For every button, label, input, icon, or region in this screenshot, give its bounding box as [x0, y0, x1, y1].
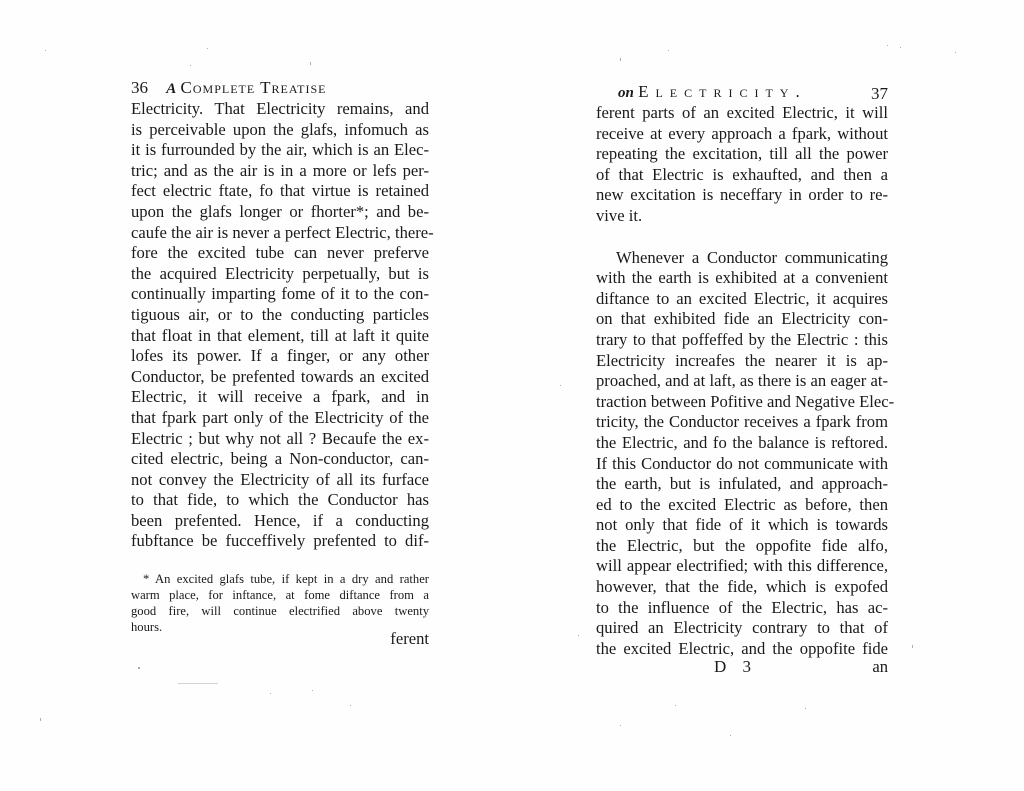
text-line: Conductor, be prefented towards an excit… — [131, 367, 429, 388]
scan-speck — [620, 725, 621, 726]
scan-speck — [178, 683, 218, 684]
text-line: Electric, it will receive a fpark, and i… — [131, 387, 429, 408]
catchword: an — [872, 657, 888, 677]
scan-speck — [887, 45, 888, 46]
left-page: 36 A Complete Treatise Electricity. That… — [131, 0, 429, 791]
text-line: Electricity. That Electricity remains, a… — [131, 99, 429, 120]
text-line: fore the excited tube can never preferve — [131, 243, 429, 264]
text-line: fubftance be fucceffively prefented to d… — [131, 531, 429, 552]
scan-speck — [350, 705, 351, 706]
text-line: the earth, but is infulated, and approac… — [596, 474, 888, 495]
footnote-line: warm place, for inftance, at fome diftan… — [131, 587, 429, 603]
scan-speck — [45, 50, 46, 51]
scan-speck — [668, 50, 669, 51]
text-line: repeating the excitation, till all the p… — [596, 144, 888, 165]
scan-speck — [675, 705, 676, 706]
footnote-line: good fire, will continue electrified abo… — [131, 603, 429, 619]
text-line: traction between Pofitive and Negative E… — [596, 392, 888, 413]
text-line: the acquired Electricity perpetually, bu… — [131, 264, 429, 285]
text-line: lofes its power. If a finger, or any oth… — [131, 346, 429, 367]
text-line: proached, and at laft, as there is an ea… — [596, 371, 888, 392]
text-line: ferent parts of an excited Electric, it … — [596, 103, 888, 124]
text-line: Whenever a Conductor communicating — [596, 248, 888, 269]
right-page: on Electricity. 37 ferent parts of an ex… — [596, 0, 888, 791]
scan-speck — [730, 735, 731, 736]
text-line: receive at every approach a fpark, witho… — [596, 124, 888, 145]
text-line: diftance to an excited Electric, it acqu… — [596, 289, 888, 310]
paragraph: Whenever a Conductor communicating with … — [596, 248, 888, 660]
text-line: continually imparting fome of it to the … — [131, 284, 429, 305]
text-line: to that fide, to which the Conductor has — [131, 490, 429, 511]
text-line: will appear electrified; with this diffe… — [596, 556, 888, 577]
text-line: upon the glafs longer or fhorter*; and b… — [131, 202, 429, 223]
scan-speck — [312, 690, 313, 691]
running-head-right: on Electricity. 37 — [596, 81, 888, 103]
scan-speck — [578, 635, 579, 636]
text-line: ed to the excited Electric as before, th… — [596, 495, 888, 516]
text-line: vive it. — [596, 206, 888, 227]
scan-speck — [560, 385, 561, 386]
text-line: not convey the Electricity of all its fu… — [131, 470, 429, 491]
footnote-line: hours. — [131, 619, 429, 635]
text-line: however, that the fide, which is expofed — [596, 577, 888, 598]
scan-speck — [805, 708, 806, 709]
running-head-article: A — [166, 81, 176, 97]
page-number: 36 — [131, 78, 148, 97]
footnote: * An excited glafs tube, if kept in a dr… — [131, 571, 429, 635]
running-head-title: Electricity. — [638, 82, 807, 101]
scan-speck — [190, 65, 191, 66]
text-line: on that exhibited fide an Electricity co… — [596, 309, 888, 330]
text-line: of that Electric is exhaufted, and then … — [596, 165, 888, 186]
text-line: that float in that element, till at laft… — [131, 326, 429, 347]
text-line: quired an Electricity contrary to that o… — [596, 618, 888, 639]
paragraph-gap — [596, 227, 888, 248]
text-line: been prefented. Hence, if a conducting — [131, 511, 429, 532]
scan-speck — [138, 667, 140, 669]
scan-speck — [310, 62, 311, 65]
running-head-prefix: on — [618, 85, 634, 101]
running-head-group: on Electricity. — [618, 81, 807, 104]
text-line: tric; and as the air is in a more or lef… — [131, 161, 429, 182]
text-line: If this Conductor do not communicate wit… — [596, 454, 888, 475]
running-head-left: 36 A Complete Treatise — [131, 77, 429, 99]
text-line: Electricity increafes the nearer it is a… — [596, 351, 888, 372]
book-spread: 36 A Complete Treatise Electricity. That… — [0, 0, 1024, 791]
left-page-body: Electricity. That Electricity remains, a… — [131, 99, 429, 552]
text-line: tiguous air, or to the conducting partic… — [131, 305, 429, 326]
text-line: new excitation is neceffary in order to … — [596, 185, 888, 206]
scan-speck — [955, 52, 956, 53]
text-line: it is furrounded by the air, which is an… — [131, 140, 429, 161]
paragraph: ferent parts of an excited Electric, it … — [596, 103, 888, 227]
text-line: tricity, the Conductor receives a fpark … — [596, 412, 888, 433]
right-page-body: ferent parts of an excited Electric, it … — [596, 103, 888, 659]
footnote-line: * An excited glafs tube, if kept in a dr… — [131, 571, 429, 587]
scan-speck — [900, 47, 901, 48]
text-line: that fpark part only of the Electricity … — [131, 408, 429, 429]
text-line: Electric ; but why not all ? Becaufe the… — [131, 429, 429, 450]
text-line: not only that fide of it which is toward… — [596, 515, 888, 536]
text-line: trary to that poffeffed by the Electric … — [596, 330, 888, 351]
text-line: fect electric ftate, fo that virtue is r… — [131, 181, 429, 202]
running-head-title: Complete Treatise — [181, 78, 327, 97]
scan-speck — [912, 645, 913, 648]
text-line: cited electric, being a Non-conductor, c… — [131, 449, 429, 470]
text-line: with the earth is exhibited at a conveni… — [596, 268, 888, 289]
text-line: caufe the air is never a perfect Electri… — [131, 223, 429, 244]
scan-speck — [620, 58, 621, 61]
signature-mark: D 3 — [714, 657, 757, 677]
scan-speck — [270, 693, 271, 694]
page-number: 37 — [871, 83, 888, 105]
page-footer: D 3 an — [596, 657, 888, 679]
scan-speck — [207, 48, 208, 49]
scan-speck — [40, 718, 41, 721]
text-line: is perceivable upon the glafs, infomuch … — [131, 120, 429, 141]
text-line: the Electric, and fo the balance is reft… — [596, 433, 888, 454]
text-line: to the influence of the Electric, has ac… — [596, 598, 888, 619]
text-line: the Electric, but the oppofite fide alfo… — [596, 536, 888, 557]
catchword: ferent — [390, 629, 429, 649]
running-head-title-text: Complete Treatise — [181, 78, 327, 97]
